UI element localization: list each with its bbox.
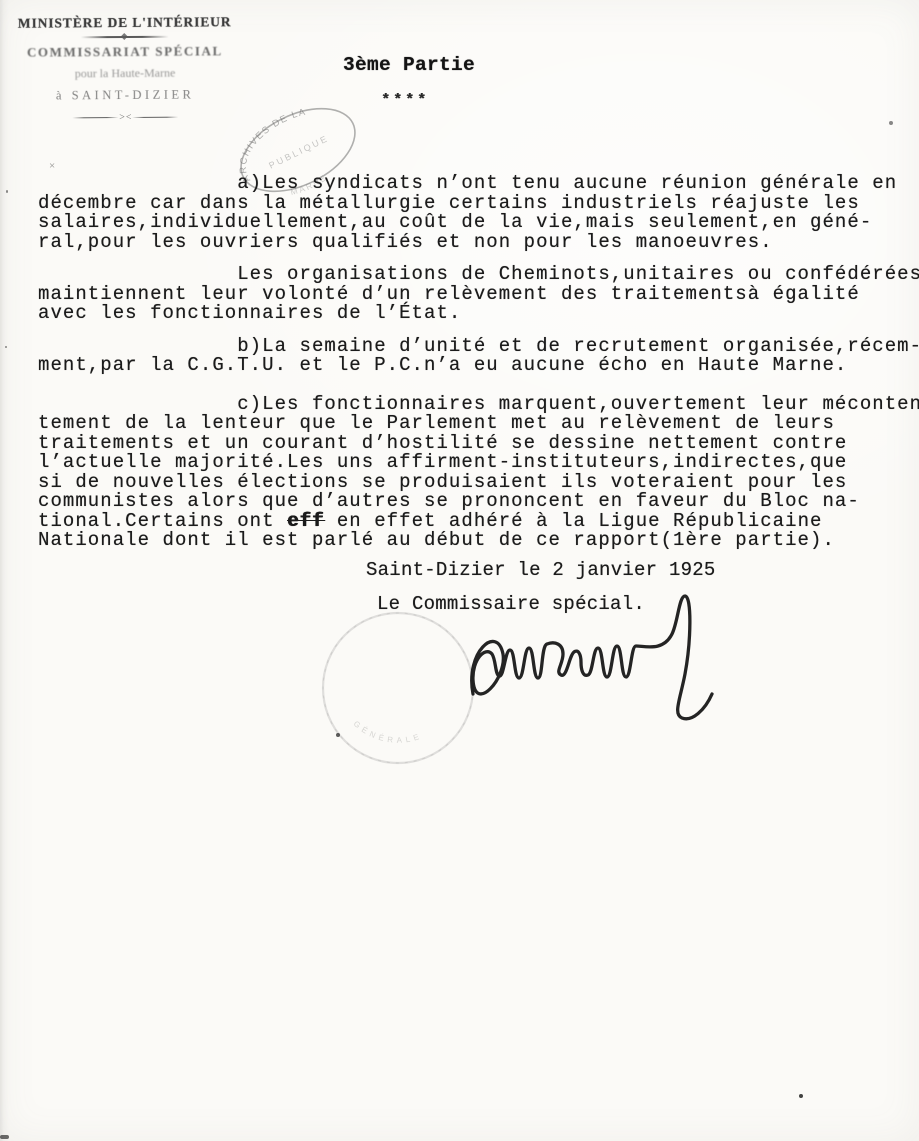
letterhead-ministry: MINISTÈRE DE L'INTÉRIEUR xyxy=(12,14,238,32)
oval-stamp-middle-text: PUBLIQUE xyxy=(267,133,330,171)
text-line: tement de la lenteur que le Parlement me… xyxy=(38,414,919,434)
svg-text:GÉNÉRALE: GÉNÉRALE xyxy=(352,719,424,745)
letterhead: MINISTÈRE DE L'INTÉRIEUR COMMISSARIAT SP… xyxy=(12,14,239,124)
text-line: ment,par la C.G.T.U. et le P.C.n’a eu au… xyxy=(38,356,919,376)
ink-speck xyxy=(5,346,7,348)
round-seal-text-fragment: GÉNÉRALE xyxy=(352,719,424,745)
text-line: salaires,individuellement,au coût de la … xyxy=(38,213,919,233)
ink-speck xyxy=(799,1094,803,1098)
letterhead-city: à SAINT-DIZIER xyxy=(12,87,238,104)
text-line: Nationale dont il est parlé au début de … xyxy=(38,531,919,551)
place-date-line: Saint-Dizier le 2 janvier 1925 xyxy=(366,559,716,581)
page-title: 3ème Partie xyxy=(343,54,475,76)
text-line: l’actuelle majorité.Les uns affirment-in… xyxy=(38,453,919,473)
letterhead-arrow-rule: >< xyxy=(12,111,238,124)
text-line: Les organisations de Cheminots,unitaires… xyxy=(38,265,919,285)
handwritten-signature xyxy=(435,582,725,742)
ink-speck xyxy=(336,733,340,737)
ink-speck xyxy=(889,121,893,125)
paragraph-a: a)Les syndicats n’ont tenu aucune réunio… xyxy=(38,174,919,252)
scanned-letter-page: MINISTÈRE DE L'INTÉRIEUR COMMISSARIAT SP… xyxy=(0,0,919,1141)
text-line: ral,pour les ouvriers qualifiés et non p… xyxy=(38,233,919,253)
text-line: a)Les syndicats n’ont tenu aucune réunio… xyxy=(38,174,919,194)
scan-edge-artifact xyxy=(0,1135,9,1139)
letterhead-rule xyxy=(81,36,169,39)
paragraph-c: c)Les fonctionnaires marquent,ouvertemen… xyxy=(38,395,919,551)
ink-speck xyxy=(6,190,8,193)
paragraph-cheminots: Les organisations de Cheminots,unitaires… xyxy=(38,265,919,324)
text-line: avec les fonctionnaires de l’État. xyxy=(38,304,919,324)
title-ornament: **** xyxy=(381,92,429,109)
paragraph-b: b)La semaine d’unité et de recrutement o… xyxy=(38,337,919,376)
letter-body: a)Les syndicats n’ont tenu aucune réunio… xyxy=(38,174,919,551)
letterhead-office: COMMISSARIAT SPÉCIAL xyxy=(12,43,238,61)
letterhead-region: pour la Haute-Marne xyxy=(12,65,238,82)
ink-speck: × xyxy=(49,160,55,172)
